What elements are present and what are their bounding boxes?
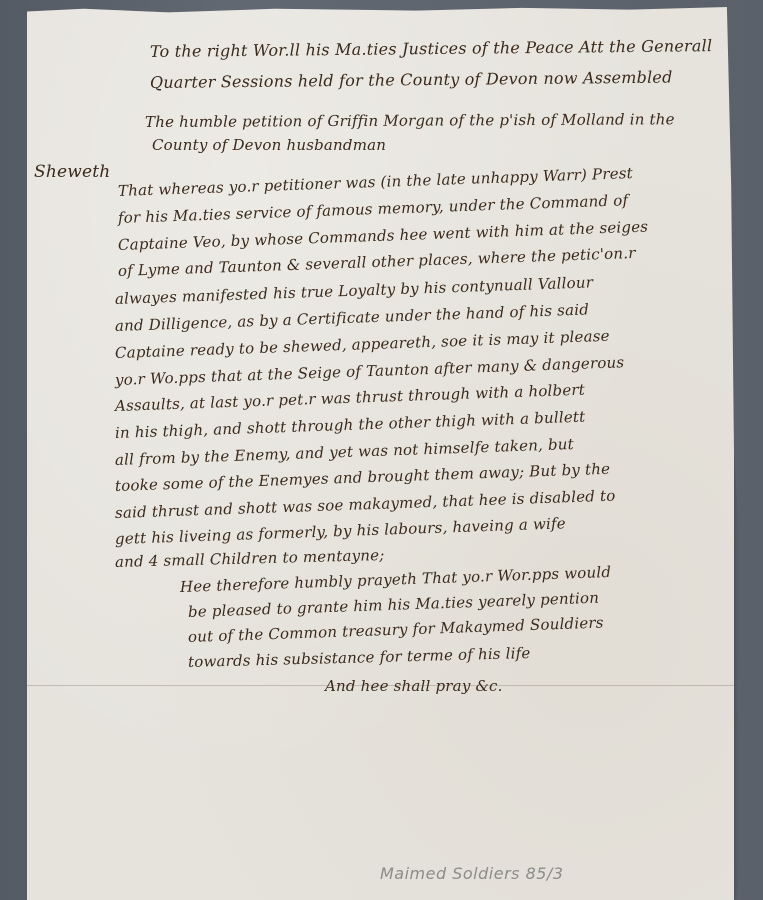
closing-line: And hee shall pray &c. [325, 677, 503, 695]
archive-reference: Maimed Soldiers 85/3 [380, 864, 564, 883]
petition-title-line-1: The humble petition of Griffin Morgan of… [145, 110, 675, 131]
salutation: Sheweth [34, 162, 110, 182]
petition-title-line-2: County of Devon husbandman [152, 136, 386, 154]
